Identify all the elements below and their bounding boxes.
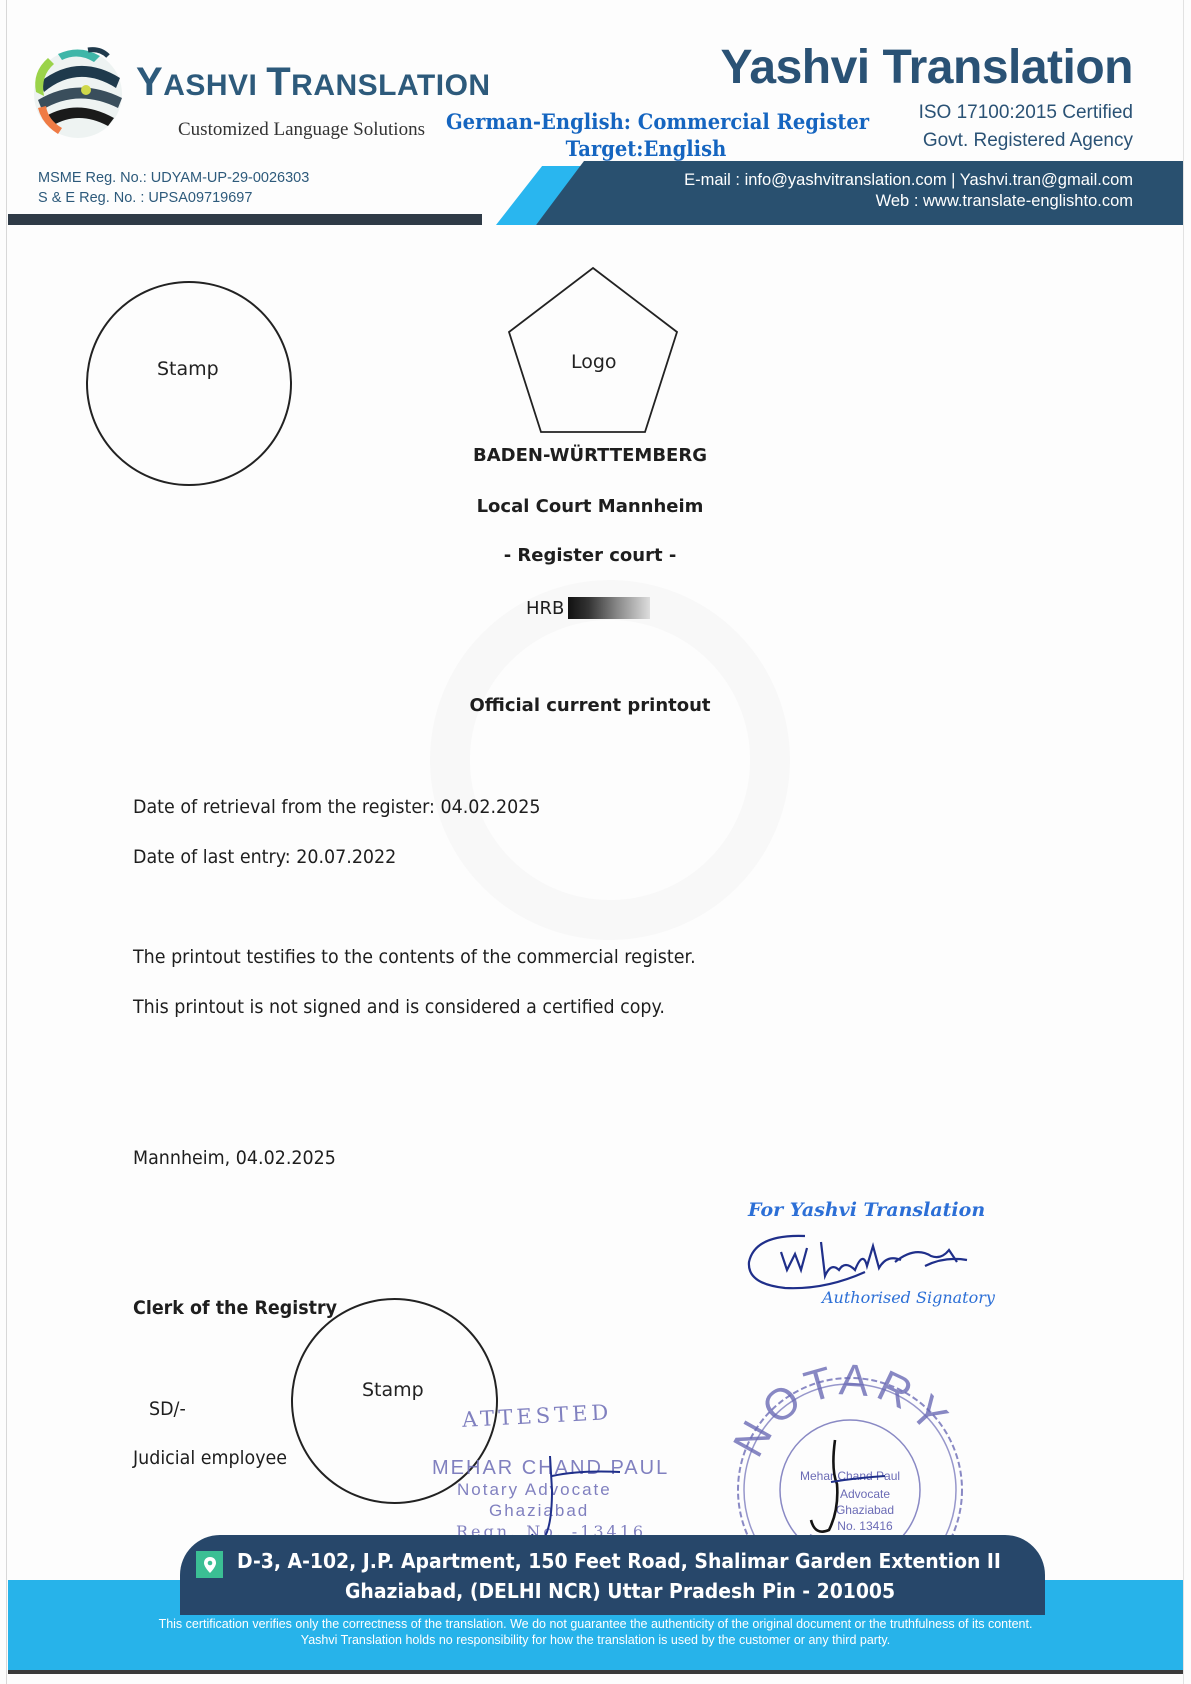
stamp-label: Stamp (362, 1379, 424, 1401)
court-heading: Local Court Mannheim (340, 496, 840, 517)
court-type-heading: - Register court - (340, 545, 840, 566)
retrieval-date: Date of retrieval from the register: 04.… (133, 796, 541, 818)
globe-icon (28, 42, 128, 142)
printout-title: Official current printout (340, 695, 840, 716)
last-entry-date: Date of last entry: 20.07.2022 (133, 846, 396, 868)
state-heading: BADEN-WÜRTTEMBERG (340, 445, 840, 466)
watermark (430, 580, 790, 940)
judicial-employee-label: Judicial employee (133, 1447, 287, 1469)
brand-title-part: RANSLATION (291, 69, 490, 102)
contact-email[interactable]: E-mail : info@yashvitranslation.com | Ya… (684, 171, 1133, 190)
signature-mark (745, 1226, 1015, 1296)
disclaimer-text: Yashvi Translation holds no responsibili… (60, 1633, 1131, 1647)
logo-label: Logo (571, 351, 617, 373)
map-pin-icon (196, 1551, 223, 1578)
clerk-title: Clerk of the Registry (133, 1297, 337, 1319)
page-edge (6, 0, 7, 1684)
disclaimer-text: This certification verifies only the cor… (60, 1617, 1131, 1631)
stamp-label: Stamp (157, 358, 219, 380)
brand-tagline: Customized Language Solutions (178, 119, 425, 141)
address-line: Ghaziabad, (DELHI NCR) Uttar Pradesh Pin… (345, 1579, 895, 1603)
document-page: YASHVI TRANSLATION Customized Language S… (0, 0, 1191, 1684)
svg-text:Mehar Chand Paul: Mehar Chand Paul (800, 1469, 900, 1483)
hrb-label: HRB (526, 598, 564, 619)
redacted-block (568, 597, 650, 619)
svg-text:Advocate: Advocate (840, 1487, 890, 1501)
document-title-line: Target:English (446, 135, 846, 162)
se-reg-number: S & E Reg. No. : UPSA09719697 (38, 190, 252, 206)
stamp-placeholder-circle (86, 281, 292, 486)
address-line: D-3, A-102, J.P. Apartment, 150 Feet Roa… (237, 1549, 1001, 1573)
address-panel (180, 1535, 1045, 1615)
certified-copy-statement: This printout is not signed and is consi… (133, 996, 665, 1018)
svg-text:Ghaziabad: Ghaziabad (836, 1503, 894, 1517)
company-name: Yashvi Translation (721, 40, 1134, 95)
testifies-statement: The printout testifies to the contents o… (133, 946, 696, 968)
pentagon-logo-placeholder (507, 266, 679, 434)
svg-text:No. 13416: No. 13416 (837, 1519, 893, 1533)
page-edge (1183, 0, 1184, 1684)
msme-reg-number: MSME Reg. No.: UDYAM-UP-29-0026303 (38, 170, 309, 186)
brand-title-initial: Y (136, 60, 163, 104)
footer-edge (8, 1670, 1183, 1674)
header-divider-band (8, 214, 482, 225)
for-company-label: For Yashvi Translation (748, 1199, 985, 1221)
signed-marker: SD/- (149, 1398, 186, 1420)
hrb-number: HRB (526, 596, 650, 620)
document-title-line: German-English: Commercial Register (446, 108, 846, 135)
brand-title: YASHVI TRANSLATION (136, 60, 491, 105)
svg-text:NOTARY: NOTARY (725, 1360, 961, 1465)
place-and-date: Mannheim, 04.02.2025 (133, 1147, 336, 1169)
document-title: German-English: Commercial Register Targ… (446, 108, 846, 162)
certification-text: ISO 17100:2015 Certified (919, 102, 1133, 124)
contact-website[interactable]: Web : www.translate-englishto.com (876, 192, 1133, 211)
brand-title-part: ASHVI (163, 69, 266, 102)
brand-title-initial: T (266, 60, 291, 104)
authorised-signatory-label: Authorised Signatory (822, 1288, 995, 1307)
agency-status-text: Govt. Registered Agency (923, 130, 1133, 152)
